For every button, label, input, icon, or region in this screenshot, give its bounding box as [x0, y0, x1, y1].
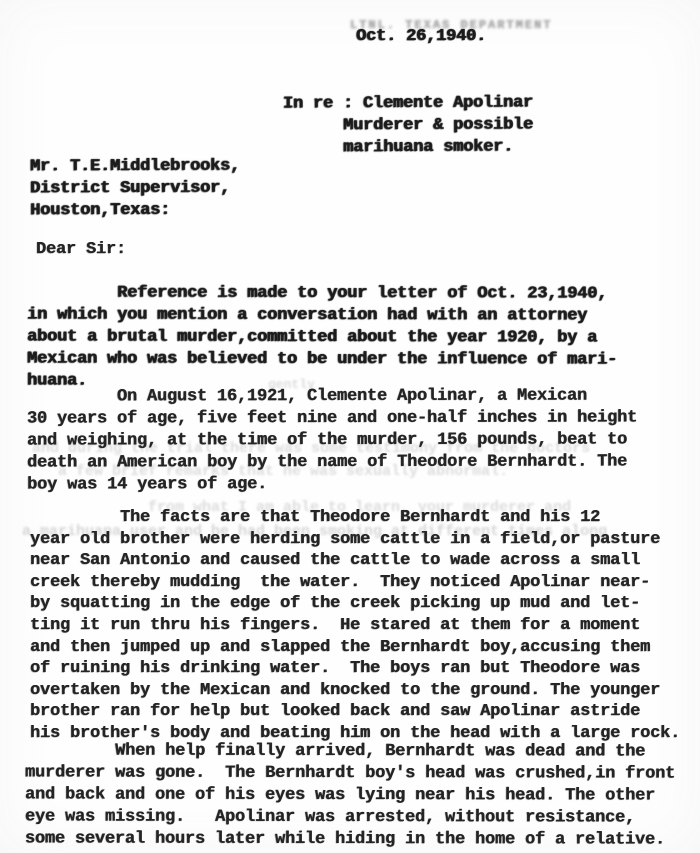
paragraph-reference: Reference is made to your letter of Oct.…: [27, 282, 617, 393]
bleedthrough-text: a marihuana user and he had been smoking…: [22, 523, 607, 540]
subject-block: In re : Clemente Apolinar Murderer & pos…: [283, 92, 533, 159]
salutation: Dear Sir:: [36, 239, 126, 261]
recipient-address: Mr. T.E.Middlebrooks, District Superviso…: [30, 156, 240, 223]
bleedthrough-text: and during the trial there was some test…: [32, 440, 590, 457]
bleedthrough-text: a few brief remarks that he was sexually…: [58, 463, 508, 480]
bleedthrough-text: from what I am able to learn, your murde…: [148, 499, 571, 516]
letter-page: LTNL. TEXAS DEPARTMENT Oct. 26,1940. In …: [0, 0, 700, 853]
paragraph-facts: The facts are that Theodore Bernhardt an…: [30, 507, 680, 745]
bleedthrough-text: gently: [268, 377, 315, 392]
date-line: Oct. 26,1940.: [356, 26, 486, 48]
paragraph-aftermath: When help finally arrived, Bernhardt was…: [25, 740, 675, 851]
